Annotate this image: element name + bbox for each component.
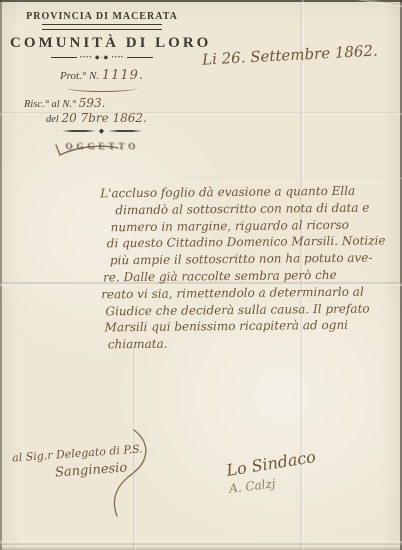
letter-body: L'accluso foglio dà evasione a quanto El… (100, 183, 370, 354)
handwritten-flourish (100, 428, 172, 520)
ornament-line-right (127, 57, 153, 59)
ornament-line-left (51, 57, 77, 59)
body-line: dimandò al sottoscritto con nota di data… (115, 199, 368, 218)
protocol-label: Prot.° N. (60, 70, 99, 82)
ornament-divider: •••• ◆·◆ •••• (10, 54, 194, 61)
ornament-diamond: ◆ (96, 127, 108, 135)
fold-crease-horizontal-mid-right (185, 177, 402, 179)
handwritten-brace-flourish (67, 84, 137, 92)
scanned-letter: PROVINCIA DI MACERATA COMUNITÀ DI LORO •… (0, 0, 402, 550)
ornament-line-right (108, 130, 142, 132)
reference-block: Risc.° al N.° 593. del 20 7bre 1862. (10, 96, 194, 125)
community-title: COMUNITÀ DI LORO (10, 35, 194, 52)
del-label: del (46, 114, 59, 125)
reference-line: Risc.° al N.° 593. (24, 96, 194, 110)
handwritten-tick-flourish (42, 138, 126, 164)
reference-number-handwritten: 593. (79, 96, 106, 110)
protocol-number-handwritten: 1119. (102, 68, 144, 83)
body-line: Marsili qui benissimo ricapiterà ad ogni (105, 317, 370, 337)
ornament-dots: •••• ◆·◆ •••• (77, 54, 127, 61)
signature-title: Lo Sindaco (225, 447, 317, 480)
reference-label: Risc.° al N.° (24, 99, 76, 110)
reference-date-line: del 20 7bre 1862. (24, 111, 194, 125)
province-title: PROVINCIA DI MACERATA (10, 11, 194, 22)
letterhead: PROVINCIA DI MACERATA COMUNITÀ DI LORO •… (10, 11, 194, 151)
ornament-line-left (62, 130, 96, 132)
fold-crease-top-right (299, 0, 402, 11)
double-rule-divider (42, 24, 162, 30)
signature-name: A. Calzj (228, 476, 276, 496)
ornament-divider-lower: ◆ (10, 127, 194, 135)
paper-bottom-edge (0, 541, 402, 545)
protocol-line: Prot.° N. 1119. (10, 68, 194, 83)
reference-date-handwritten: 20 7bre 1862. (61, 111, 146, 125)
body-line: chiamata. (108, 334, 370, 354)
date-line-handwritten: Li 26. Settembre 1862. (202, 41, 383, 68)
